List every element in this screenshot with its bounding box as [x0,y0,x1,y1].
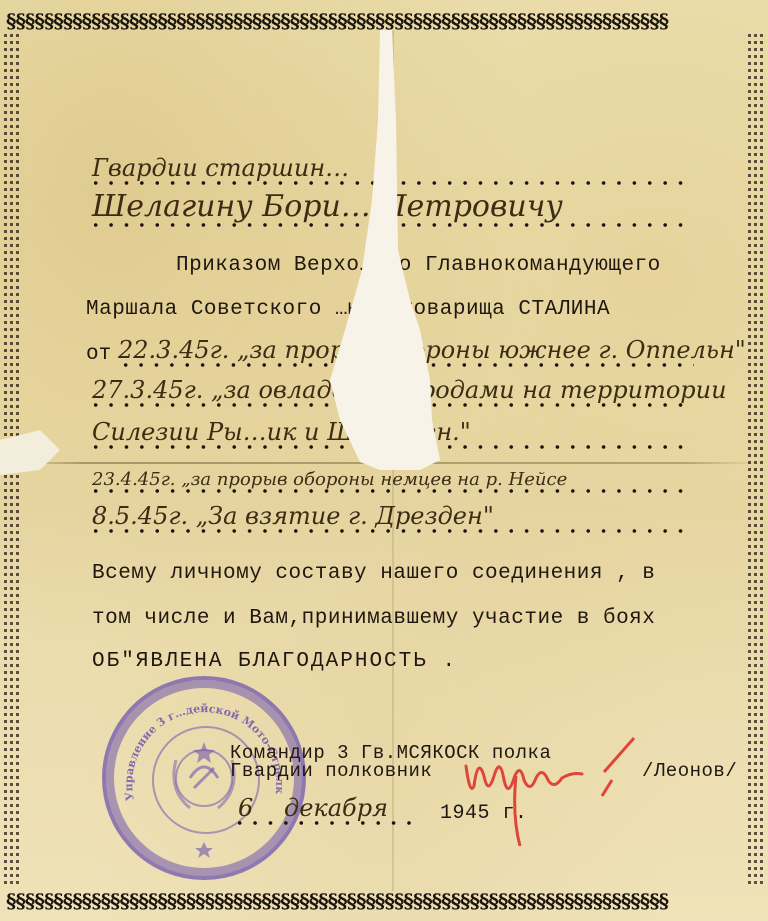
citation-line-1: от 22.3.45г. „за проры… бороны южнее г. … [88,334,694,368]
recipient-name-line: Шелагину Бори… Петровичу [88,194,694,228]
commander-rank: Гвардии полковник [230,760,432,782]
citation-text: 22.3.45г. „за проры… бороны южнее г. Опп… [118,336,746,364]
recipient-rank-line: Гвардии старшин… [88,152,694,186]
citation-text: Силезии Ры…ик и Штрелен." [92,418,471,446]
date-month: декабря [284,794,388,822]
citation-text: 23.4.45г. „за прорыв обороны немцев на р… [92,469,567,490]
body-line-1: Всему личному составу нашего соединения … [92,562,655,585]
date-line: 6 декабря [232,796,472,826]
svg-text:Управление 3 г…дейской Мото-Ст: Управление 3 г…дейской Мото-Стрелков… [106,680,286,802]
order-line-2: Маршала Советского …юза товарища СТАЛИНА [86,298,610,321]
ornamental-border-bottom: §§§§§§§§§§§§§§§§§§§§§§§§§§§§§§§§§§§§§§§§… [6,890,762,912]
dotted-rule [88,180,694,186]
ornamental-border-right [748,34,766,887]
citation-line-2: 27.3.45г. „за овладен… городами на терри… [88,374,694,408]
order-line-1: Приказом Верхо…ого Главнокомандующего [176,254,661,277]
body-line-3: ОБ"ЯВЛЕНА БЛАГОДАРНОСТЬ . [92,650,457,673]
dotted-rule [88,444,694,450]
citation-text: 27.3.45г. „за овладен… городами на терри… [92,376,727,404]
citation-line-5: 8.5.45г. „За взятие г. Дрезден" [88,500,694,534]
citation-line-3: Силезии Ры…ик и Штрелен." [88,416,694,450]
ornamental-border-top: §§§§§§§§§§§§§§§§§§§§§§§§§§§§§§§§§§§§§§§§… [6,10,762,32]
from-prefix: от [86,343,111,366]
dotted-rule [88,402,694,408]
red-signature-icon [454,736,644,846]
date-day: 6 [238,794,253,822]
citation-text: 8.5.45г. „За взятие г. Дрезден" [92,502,494,530]
recipient-rank: Гвардии старшин… [92,154,349,182]
dotted-rule [88,528,694,534]
ornamental-border-left [4,34,22,887]
dotted-rule [88,222,694,228]
commander-name: /Леонов/ [642,760,737,782]
recipient-name: Шелагину Бори… Петровичу [92,189,563,224]
date-year: 1945 г. [440,802,528,825]
citation-line-4: 23.4.45г. „за прорыв обороны немцев на р… [88,460,694,494]
dotted-rule [118,362,694,368]
dotted-rule [88,488,694,494]
body-line-2: том числе и Вам,принимавшему участие в б… [92,607,655,630]
dotted-rule [232,820,412,826]
